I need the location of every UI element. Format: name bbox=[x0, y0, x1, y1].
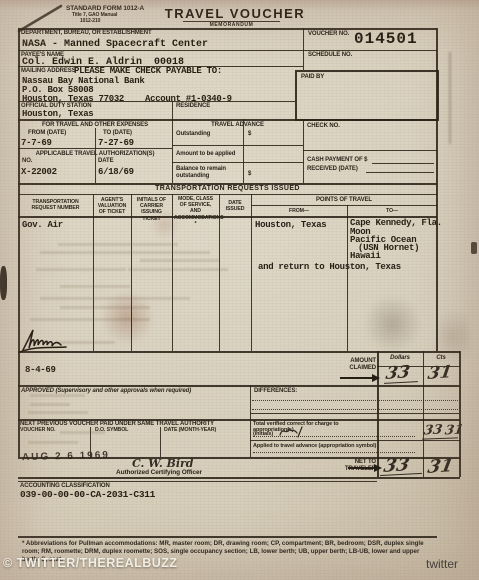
col-to: TO— bbox=[347, 208, 437, 214]
rule bbox=[436, 119, 438, 183]
voucher-no-value: 014501 bbox=[354, 30, 418, 49]
rule bbox=[131, 194, 132, 351]
col-from: FROM— bbox=[251, 208, 347, 214]
watermark-source: twitter bbox=[426, 557, 458, 571]
col-points-of-travel: POINTS OF TRAVEL bbox=[251, 197, 437, 204]
residence-label: RESIDENCE bbox=[176, 103, 210, 110]
certifying-officer-title: Authorized Certifying Officer bbox=[116, 469, 202, 476]
auth-no-value: X-22002 bbox=[21, 167, 57, 178]
rule bbox=[303, 28, 304, 70]
rule bbox=[303, 150, 437, 151]
auth-no-label: NO. bbox=[22, 158, 32, 165]
travel-auth-header: APPLICABLE TRAVEL AUTHORIZATION(S) bbox=[18, 151, 172, 158]
rule bbox=[250, 440, 460, 441]
rule bbox=[160, 427, 161, 457]
prev-voucher-no-label: VOUCHER NO. bbox=[20, 428, 56, 434]
accounting-value: 039-00-00-00-CA-2031-C311 bbox=[20, 489, 155, 501]
verified-dollars-value: 33 bbox=[423, 423, 444, 439]
travel-to-line: Hawaii bbox=[350, 251, 381, 262]
arrow-right-icon bbox=[340, 377, 372, 379]
bleed-through-artifact bbox=[28, 411, 88, 414]
bleed-through-artifact bbox=[60, 285, 130, 288]
travel-from-value: Houston, Texas bbox=[255, 220, 326, 231]
travel-period-header: FOR TRAVEL AND OTHER EXPENSES bbox=[18, 122, 172, 129]
col-carrier-initials: INITIALS OF CARRIER ISSUING TICKET bbox=[133, 197, 170, 222]
auth-date-value: 6/18/69 bbox=[98, 167, 134, 178]
col-request-number: TRANSPORTATION REQUEST NUMBER bbox=[20, 199, 91, 211]
rule bbox=[377, 351, 379, 477]
smudge-mark bbox=[365, 293, 420, 355]
bleed-through-artifact bbox=[128, 268, 228, 271]
payee-signature bbox=[18, 326, 108, 356]
rule bbox=[251, 205, 437, 206]
rule bbox=[250, 385, 251, 457]
rule bbox=[18, 351, 20, 457]
travel-return-note: and return to Houston, Texas bbox=[258, 262, 401, 273]
bleed-through-artifact bbox=[30, 403, 70, 406]
col-agents-valuation: AGENT'S VALUATION OF TICKET bbox=[95, 197, 129, 216]
schedule-no-label: SCHEDULE NO. bbox=[308, 52, 352, 59]
col-mode-class: MODE, CLASS OF SERVICE, AND ACCOMMODATIO… bbox=[174, 196, 217, 227]
differences-label: DIFFERENCES: bbox=[254, 388, 297, 395]
rule bbox=[18, 477, 460, 479]
rule bbox=[303, 119, 304, 183]
department-value: NASA - Manned Spacecraft Center bbox=[22, 39, 208, 51]
paper-crease bbox=[449, 52, 451, 144]
mailing-label: MAILING ADDRESS bbox=[21, 68, 76, 75]
initials-label: (initials) bbox=[253, 431, 273, 437]
do-symbol-label: D.O. SYMBOL bbox=[95, 428, 128, 434]
bleed-through-artifact bbox=[140, 259, 220, 262]
to-date-value: 7-27-69 bbox=[98, 138, 134, 149]
watermark-credit: © TWITTER/THEREALBUZZ bbox=[3, 556, 178, 570]
department-label: DEPARTMENT, BUREAU, OR ESTABLISHMENT bbox=[21, 30, 152, 37]
bleed-through-artifact bbox=[58, 243, 178, 246]
dollar-sign: $ bbox=[248, 171, 251, 178]
page-title: TRAVEL VOUCHER bbox=[155, 6, 315, 21]
rule bbox=[423, 351, 424, 477]
bleed-through-artifact bbox=[40, 251, 210, 254]
rule bbox=[251, 194, 252, 351]
form-id-line3: 1012-210 bbox=[80, 19, 100, 25]
amount-applied-label: Amount to be applied bbox=[176, 151, 235, 158]
amount-claimed-label: AMOUNT CLAIMED bbox=[328, 358, 376, 372]
outstanding-label: Outstanding bbox=[176, 131, 210, 138]
duty-station-value: Houston, Texas bbox=[22, 109, 93, 120]
date-stamp: AUG 2 6 1969 bbox=[22, 450, 110, 463]
cents-column-label: Cts bbox=[423, 355, 459, 362]
dollars-column-label: Dollars bbox=[377, 355, 423, 362]
rule bbox=[347, 205, 348, 351]
rule bbox=[250, 413, 460, 414]
voucher-no-label: VOUCHER NO. bbox=[308, 31, 349, 38]
travel-voucher-document: STANDARD FORM 1012-A Title 7, GAO Manual… bbox=[0, 0, 479, 580]
paid-by-label: PAID BY bbox=[301, 74, 324, 81]
received-date-label: RECEIVED (DATE) bbox=[307, 166, 358, 173]
rule bbox=[172, 162, 303, 163]
verifier-initials-scrawl bbox=[278, 424, 310, 438]
verified-cents-value: 31 bbox=[444, 423, 465, 439]
dotted-rule bbox=[252, 409, 458, 410]
rule bbox=[18, 481, 377, 482]
dollar-sign: $ bbox=[248, 131, 251, 138]
rule bbox=[172, 145, 303, 146]
to-date-label: TO (DATE) bbox=[103, 130, 132, 137]
net-cents-value: 31 bbox=[426, 455, 455, 478]
bleed-through-artifact bbox=[36, 268, 126, 271]
from-date-value: 7-7-69 bbox=[21, 138, 52, 149]
scan-edge-mark bbox=[0, 266, 7, 300]
rule bbox=[459, 351, 461, 477]
balance-label: Balance to remain outstanding bbox=[176, 166, 238, 180]
bleed-through-artifact bbox=[40, 297, 190, 300]
dotted-rule bbox=[253, 452, 415, 453]
rule bbox=[18, 385, 460, 387]
from-date-label: FROM (DATE) bbox=[28, 130, 66, 137]
rule bbox=[18, 194, 437, 195]
amount-cents-value: 31 bbox=[426, 362, 453, 384]
scan-edge-mark bbox=[471, 242, 477, 254]
bleed-through-artifact bbox=[60, 306, 150, 309]
rule bbox=[172, 194, 173, 351]
auth-date-label: DATE bbox=[98, 158, 114, 165]
amount-dollars-value: 33 bbox=[384, 362, 411, 384]
bleed-through-artifact bbox=[28, 441, 78, 444]
signature-date: 8-4-69 bbox=[25, 365, 56, 376]
fill-line bbox=[366, 172, 434, 173]
net-to-traveler-label: NET TO TRAVELER bbox=[328, 459, 376, 473]
cash-payment-label: CASH PAYMENT OF $ bbox=[307, 157, 367, 164]
travel-advance-header: TRAVEL ADVANCE bbox=[172, 122, 303, 129]
request-number-value: Gov. Air bbox=[22, 220, 63, 231]
rule bbox=[18, 536, 437, 538]
arrow-right-icon bbox=[348, 467, 374, 469]
rule bbox=[18, 28, 20, 119]
fill-line bbox=[372, 163, 434, 164]
page-subtitle: MEMORANDUM bbox=[183, 22, 280, 28]
dotted-rule bbox=[252, 400, 458, 401]
transport-section-header: TRANSPORTATION REQUESTS ISSUED bbox=[18, 185, 437, 192]
applied-advance-label: Applied to travel advance (appropriation… bbox=[253, 443, 376, 449]
col-date-issued: DATE ISSUED bbox=[221, 200, 249, 212]
check-no-label: CHECK NO. bbox=[307, 123, 340, 130]
prev-date-label: DATE (MONTH-YEAR) bbox=[164, 428, 216, 434]
bleed-through-artifact bbox=[30, 318, 150, 321]
approved-label: APPROVED (Supervisory and other approval… bbox=[21, 388, 191, 395]
